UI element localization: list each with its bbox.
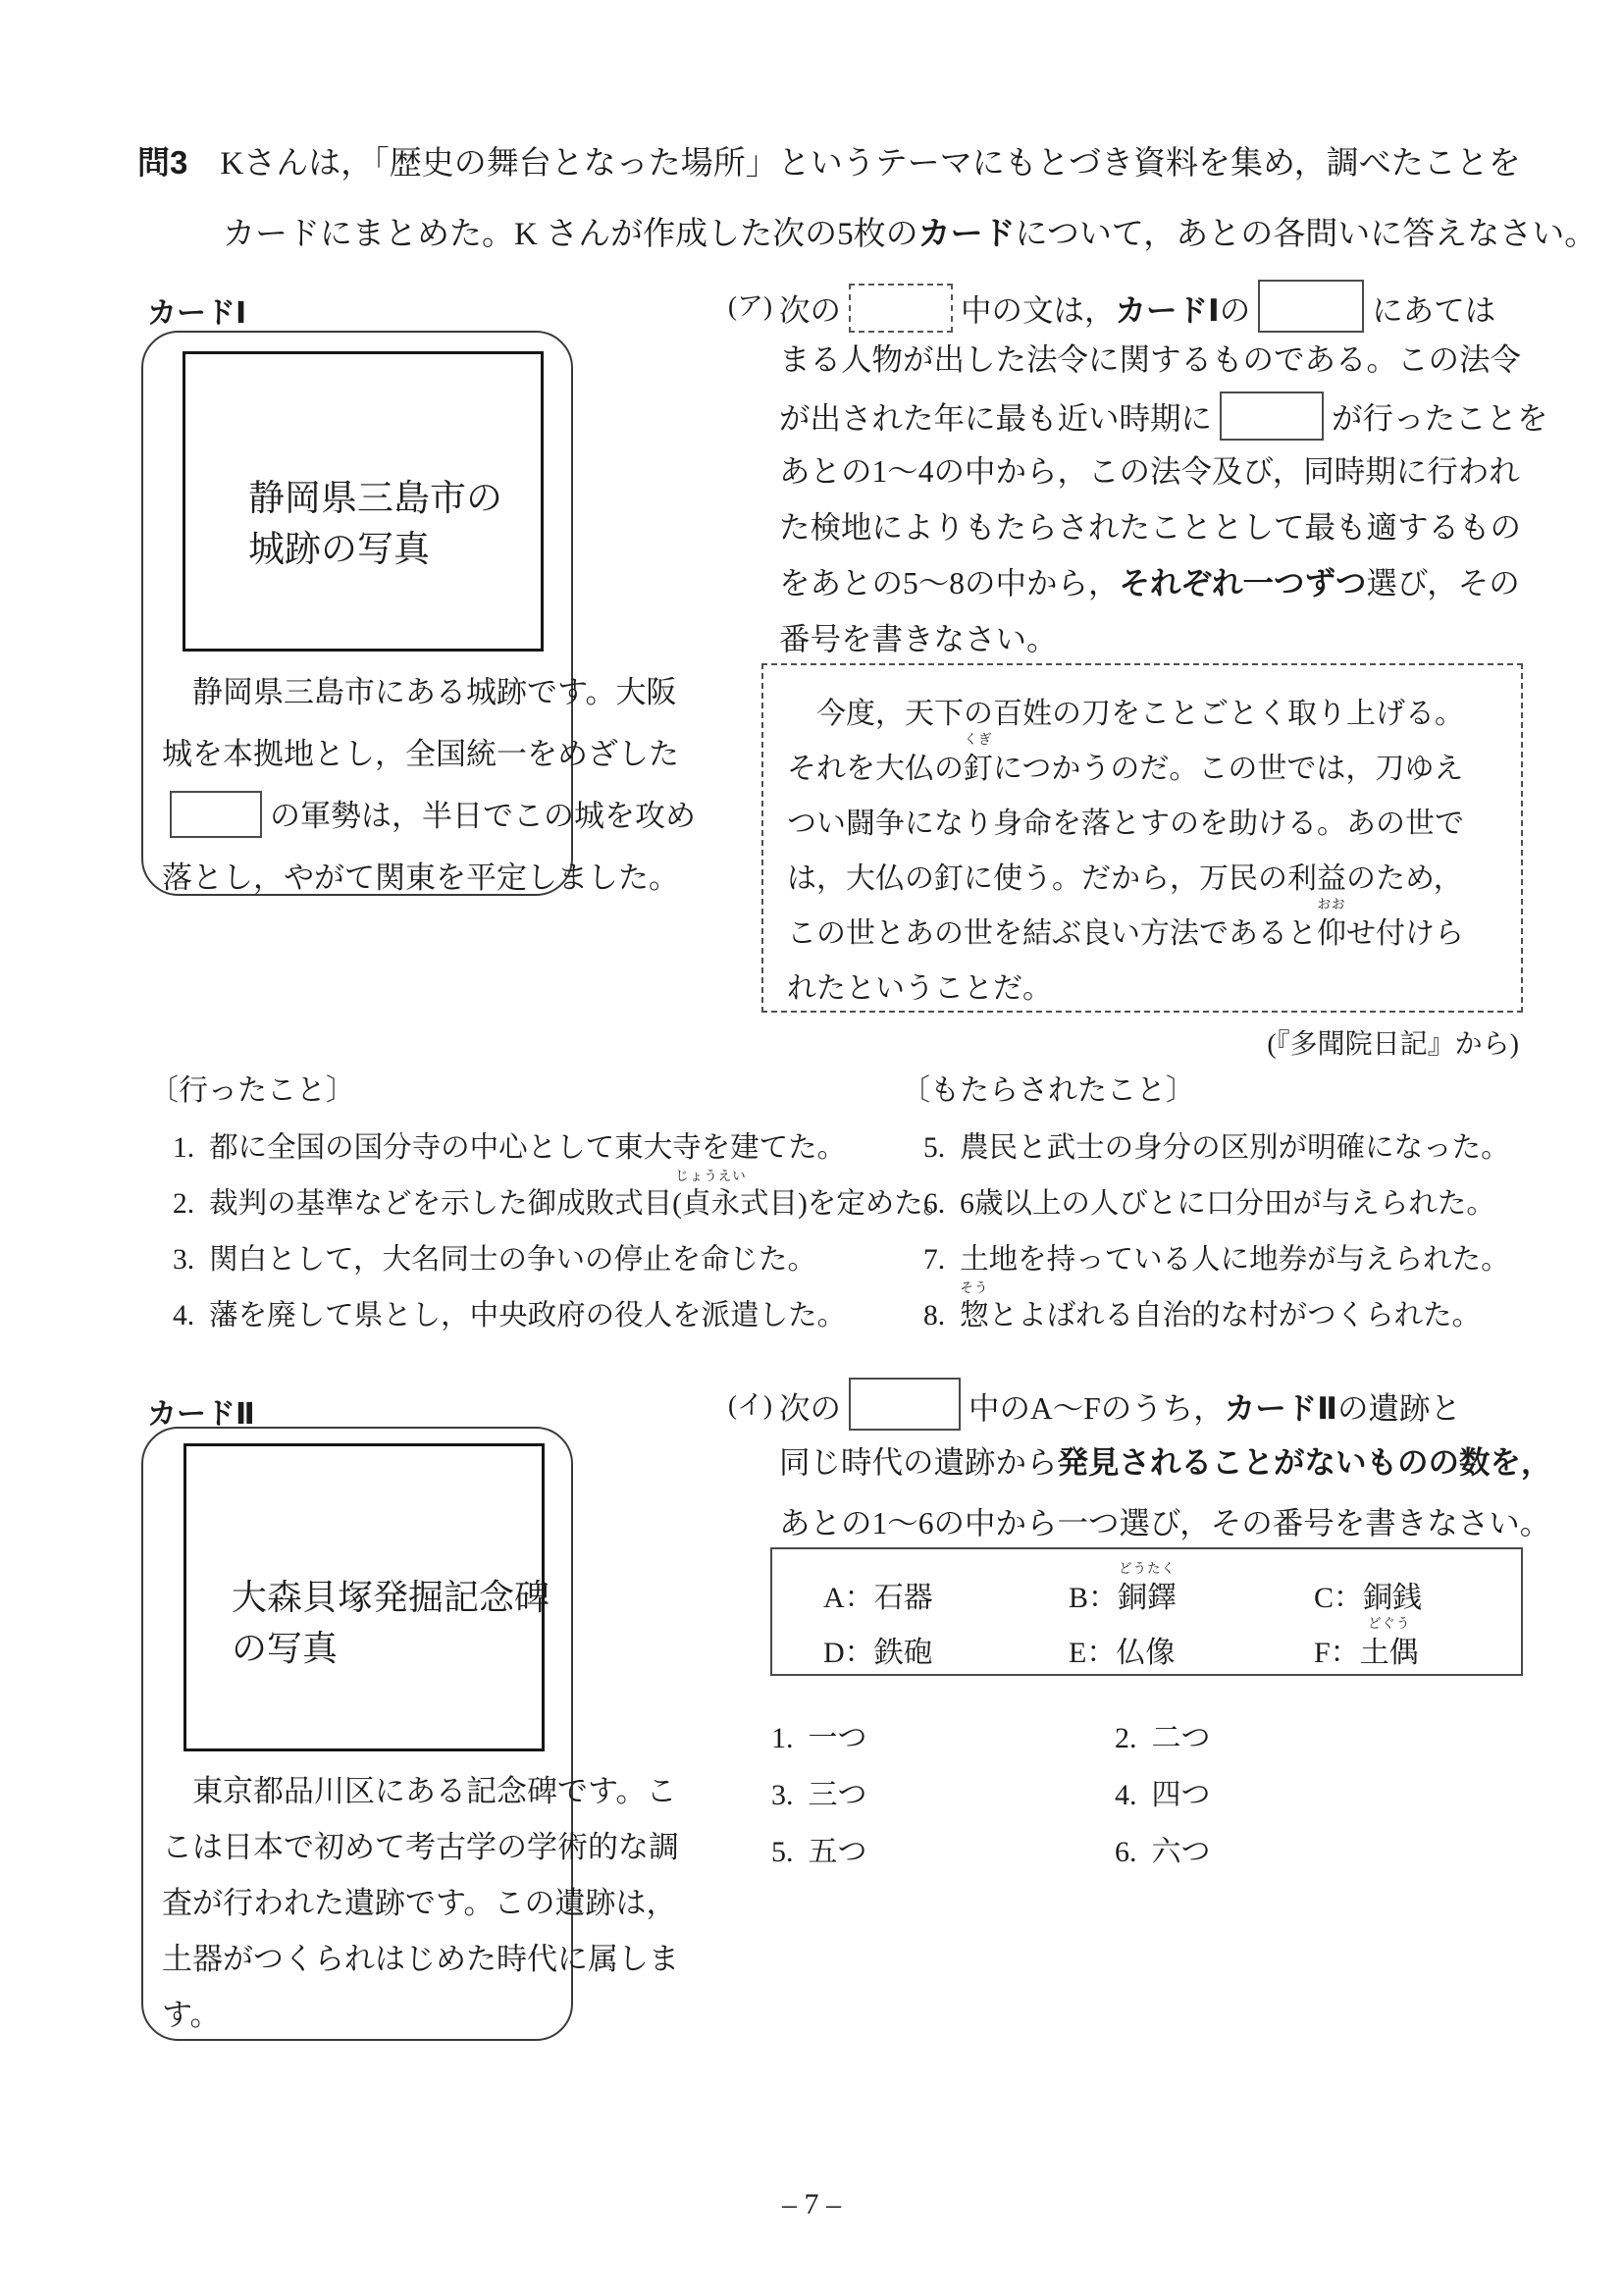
card1-body-line: 静岡県三島市にある城跡です。大阪	[162, 667, 677, 711]
ruby-base: 釘くぎ	[964, 744, 993, 787]
list-item: 6.6歳以上の人びとに口分田が与えられた。	[923, 1180, 1495, 1222]
furigana: おお	[1318, 893, 1346, 913]
option-item: 5.五つ	[771, 1827, 867, 1870]
question-b-label: (イ)	[728, 1383, 772, 1422]
choice-cell: B：銅鐸どうたく	[1069, 1573, 1177, 1616]
qa-blank-box-2	[1220, 391, 1324, 441]
question-a-label: (ア)	[728, 285, 772, 323]
card2-body-line: 土器がつくられはじめた時代に属しま	[162, 1934, 679, 1978]
card1: 静岡県三島市の 城跡の写真 静岡県三島市にある城跡です。大阪 城を本拠地とし，全…	[141, 331, 573, 896]
card2-photo-caption-line: 大森貝塚発掘記念碑	[232, 1570, 550, 1620]
choice-cell: A：石器	[823, 1573, 933, 1616]
quote-box: 今度，天下の百姓の刀をことごとく取り上げる。 それを大仏の釘くぎにつかうのだ。こ…	[761, 663, 1523, 1013]
list-item: 2.裁判の基準などを示した御成敗式目(貞永じょうえい式目)を定めた。	[173, 1180, 952, 1222]
card1-body-line: の軍勢は，半日でこの城を攻め	[162, 791, 696, 838]
ruby-base: 銅鐸どうたく	[1118, 1573, 1177, 1616]
card2-body-line: こは日本で初めて考古学の学術的な調	[162, 1822, 679, 1866]
question-b-line: 同じ時代の遺跡から発見されることがないものの数を，	[779, 1438, 1552, 1483]
ruby-base: 貞永じょうえい	[682, 1180, 740, 1222]
card2: 大森貝塚発掘記念碑 の写真 東京都品川区にある記念碑です。こ こは日本で初めて考…	[141, 1427, 573, 2041]
question-b-line: 次の中のA～Fのうち，カードⅡの遺跡と	[779, 1378, 1461, 1431]
page-number: – 7 –	[0, 2188, 1623, 2221]
question3-header-line1: 問3 Kさんは，「歴史の舞台となった場所」というテーマにもとづき資料を集め，調べ…	[137, 137, 1521, 183]
choice-cell: C：銅銭	[1314, 1573, 1422, 1616]
qb-blank-box	[849, 1378, 961, 1431]
furigana: どぐう	[1368, 1612, 1411, 1632]
card2-photo-caption-line: の写真	[232, 1621, 338, 1671]
ruby-base: 仰おお	[1317, 909, 1346, 952]
question-a-line: た検地によりもたらされたこととして最も適するもの	[779, 503, 1521, 548]
option-item: 2.二つ	[1115, 1713, 1211, 1756]
furigana: じょうえい	[675, 1165, 747, 1184]
card1-photo-caption-line: 静岡県三島市の	[248, 468, 502, 521]
furigana: そう	[960, 1277, 988, 1296]
list-item: 7.土地を持っている人に地券が与えられた。	[923, 1236, 1510, 1278]
card2-photo-placeholder: 大森貝塚発掘記念碑 の写真	[183, 1443, 545, 1751]
card1-photo-caption-line: 城跡の写真	[248, 519, 430, 572]
choice-cell: E：仏像	[1069, 1628, 1175, 1671]
quote-line: この世とあの世を結ぶ良い方法であると仰おおせ付けら	[787, 909, 1464, 952]
card1-blank-box	[170, 791, 262, 838]
card1-body-line: 落とし，やがて関東を平定しました。	[162, 853, 679, 897]
quote-line: 今度，天下の百姓の刀をことごとく取り上げる。	[787, 689, 1464, 732]
qa-blank-box-1	[1258, 280, 1364, 333]
card2-body-line: 東京都品川区にある記念碑です。こ	[162, 1766, 677, 1810]
question-a-line: 次の中の文は，カードⅠのにあては	[779, 280, 1495, 333]
list-item: 1.都に全国の国分寺の中心として東大寺を建てた。	[173, 1124, 846, 1166]
question-a-line: をあとの5～8の中から，それぞれ一つずつ選び，その	[779, 559, 1520, 603]
quote-line: つい闘争になり身命を落とすのを助ける。あの世で	[787, 799, 1464, 842]
choice-cell: F：土偶どぐう	[1314, 1628, 1419, 1671]
list-item: 4.藩を廃して県とし，中央政府の役人を派遣した。	[173, 1292, 846, 1333]
furigana: どうたく	[1119, 1557, 1176, 1577]
option-item: 1.一つ	[771, 1713, 867, 1756]
question-a-line: が出された年に最も近い時期にが行ったことを	[779, 391, 1548, 441]
furigana: くぎ	[965, 728, 993, 748]
question-a-line: まる人物が出した法令に関するものである。この法令	[779, 336, 1521, 380]
option-item: 4.四つ	[1115, 1770, 1211, 1813]
card1-body-line: 城を本拠地とし，全国統一をめざした	[162, 729, 679, 773]
list-item: 5.農民と武士の身分の区別が明確になった。	[923, 1124, 1510, 1166]
question-a-line: あとの1～4の中から，この法令及び，同時期に行われ	[779, 447, 1520, 492]
choice-cell: D：鉄砲	[823, 1628, 933, 1671]
quote-line: は，大仏の釘に使う。だから，万民の利益のため，	[787, 854, 1463, 897]
list-result-title: 〔もたらされたこと〕	[901, 1066, 1195, 1109]
quote-line: れたということだ。	[787, 964, 1052, 1007]
option-item: 3.三つ	[771, 1770, 867, 1813]
choices-box: A：石器 B：銅鐸どうたく C：銅銭 D：鉄砲 E：仏像 F：土偶どぐう	[770, 1547, 1523, 1676]
card2-body-line: 査が行われた遺跡です。この遺跡は，	[162, 1878, 677, 1922]
option-item: 6.六つ	[1115, 1827, 1211, 1870]
qa-dashed-blank-box	[849, 284, 953, 333]
exam-page: 問3 Kさんは，「歴史の舞台となった場所」というテーマにもとづき資料を集め，調べ…	[0, 0, 1623, 2296]
question3-header-line2: カードにまとめた。K さんが作成した次の5枚のカードについて，あとの各問いに答え…	[223, 208, 1597, 254]
list-item: 3.関白として，大名同士の争いの停止を命じた。	[173, 1236, 816, 1278]
card1-label: カードⅠ	[147, 288, 246, 332]
card2-body-line: す。	[162, 1990, 221, 2034]
quote-source: (『多聞院日記』から)	[1079, 1022, 1519, 1062]
ruby-base: 土偶どぐう	[1360, 1628, 1419, 1671]
ruby-base: 惣そう	[960, 1292, 989, 1333]
card1-photo-placeholder: 静岡県三島市の 城跡の写真	[183, 351, 544, 652]
question-a-line: 番号を書きなさい。	[779, 615, 1058, 659]
list-item: 8.惣そうとよばれる自治的な村がつくられた。	[923, 1292, 1481, 1333]
question-b-line: あとの1～6の中から一つ選び，その番号を書きなさい。	[779, 1499, 1550, 1543]
list-done-title: 〔行ったこと〕	[149, 1066, 355, 1109]
quote-line: それを大仏の釘くぎにつかうのだ。この世では，刀ゆえ	[787, 744, 1463, 787]
